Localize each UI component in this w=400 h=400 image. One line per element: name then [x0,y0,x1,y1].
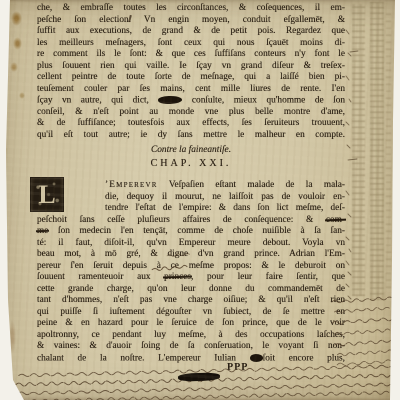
text-line: die, dequoy il mourut, ne laiſſoit pas d… [37,192,345,204]
paper-stain [11,11,22,26]
paper-stain [9,320,16,354]
text-line: plus ſouuent rien qui vaille. Ie ſçay vn… [37,61,345,73]
text-segment: chalant de la noſtre. L'empereur Iulian [37,353,250,363]
text-line: beau mot, à mō gré, & digne d'vn grand p… [37,249,345,261]
text-line: pereur ſ'en ſeruit depuis à ce meſme pro… [37,261,345,273]
struck-out-word: me [37,226,48,236]
printed-text-block: che, & embraſſe toutes les circonſtances… [37,3,345,364]
text-line-with-strikethrough: ſouuent ramenteuoir aux princes, pour le… [37,272,345,284]
text-line-with-strikethrough: peſchoit ſans ceſſe pluſieurs affaires d… [37,215,345,227]
text-line: ſuffit aux executions, de grand & de pet… [37,26,345,38]
text-segment: ſçay vn autre, qui dict, [37,96,149,106]
text-segment: peſchoit ſans ceſſe pluſieurs affaires d… [37,215,313,225]
text-line: apoltronny, ce pendant luy meſme, à des … [37,330,345,342]
verso-showthrough-column [352,4,365,296]
drop-cap-letter: L [38,180,55,209]
small-caps-word: ’Emperevr [105,180,158,190]
text-line: teuſement couler par ſes mains, cent mil… [37,84,345,96]
text-line: re comment ils le ſont: & que ces ſuffiſ… [37,49,345,61]
decorated-initial-L: L [31,178,63,211]
text-line: peine & en hazard pour le ſeruice de ſon… [37,318,345,330]
paper-stain [13,37,22,50]
text-line: les meilleurs meſnagers, ſont ceux qui n… [37,38,345,50]
text-line: & de ſuffiſance; toutesfois aux effects,… [37,118,345,130]
text-segment: ſon medecin l'en tençāt, comme de choſe … [58,226,345,236]
signature-mark: PPP [227,362,248,373]
text-line: peſche ſon election. Vn engin moyen, con… [37,15,345,27]
text-segment: Veſpaſien eſtant malade de la mala- [169,180,345,190]
inked-out-handwriting [178,372,220,381]
margin-tick-marks [344,0,362,360]
text-line-with-strikethrough: me ſon medecin l'en tençāt, comme de cho… [37,226,345,238]
text-line: tendre l'eſtat de l'empire: & dans ſon l… [37,203,345,215]
text-segment: , pour leur faire ſentir, que [191,272,345,282]
verso-showthrough-column [370,2,384,300]
text-line: qu'il eſt tout autre; ie dy ſans mettre … [37,130,345,142]
text-line-with-inked-correction: chalant de la noſtre. L'empereur Iulian … [37,353,345,365]
book-page: che, & embraſſe toutes les circonſtances… [0,0,400,400]
verso-showthrough-column [386,8,391,288]
text-line: tant d'hommes, n'eſt pas vne charge oiſi… [37,295,345,307]
paper-stain [19,92,25,99]
text-segment: ſoit encore plus, [263,353,345,363]
struck-out-word: com- [326,215,345,225]
inked-out-word [158,96,182,104]
text-line: cellent peintre de toute ſorte de meſnag… [37,72,345,84]
book-page-photo: { "document": { "signature_mark": "PPP",… [0,0,400,400]
text-line: ’Emperevr Veſpaſien eſtant malade de la … [37,180,345,192]
text-line: che, & embraſſe toutes les circonſtances… [37,3,345,15]
text-line-with-inked-correction: ſçay vn autre, qui dict, conſulte, mieux… [37,95,345,107]
text-line: & vaines: & d'auoir ſoing de ſa conſerua… [37,341,345,353]
chapter-title: Contre la faineantiſe. [37,145,345,156]
text-line: conſeil, & n'eſt point au monde vne plus… [37,107,345,119]
paper-stain [10,62,18,72]
text-segment: ſouuent ramenteuoir aux [37,272,151,282]
text-line: cette grande charge, qu'on leur donne du… [37,284,345,296]
text-line: té: il faut, diſoit-il, qu'vn Empereur m… [37,238,345,250]
chapter-body: ’Emperevr Veſpaſien eſtant malade de la … [37,180,345,364]
text-segment: conſulte, mieux qu'homme de ſon [192,96,345,106]
text-line: qui puiſſe ſi iuſtement dégouſter vn ſub… [37,307,345,319]
chapter-number: CHAP. XXI. [37,158,345,170]
struck-out-word: princes [164,272,191,282]
inked-out-letters [250,353,263,361]
